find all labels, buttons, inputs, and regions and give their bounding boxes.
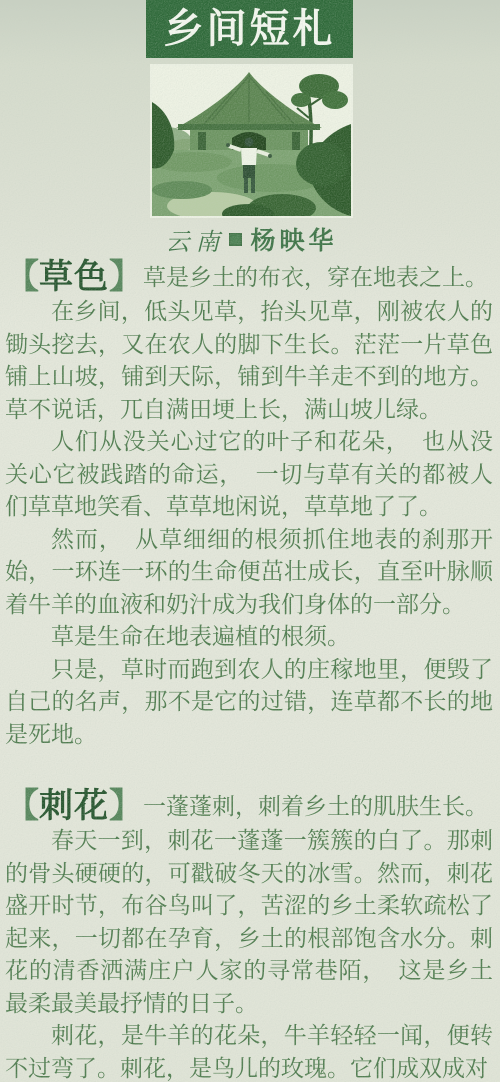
paragraph: 草是生命在地表遍植的根须。 <box>5 621 493 654</box>
paragraph: 只是，草时而跑到农人的庄稼地里，便毁了自己的名声，那不是它的过错，连草都不长的地… <box>5 654 493 752</box>
masthead-title: 乡间短札 <box>164 9 336 49</box>
section-heading: 刺花 <box>39 786 109 826</box>
section-heading: 草色 <box>39 257 109 297</box>
paragraph: 春天一到，刺花一蓬蓬一簇簇的白了。那刺的骨头硬硬的，可戳破冬天的冰雪。然而，刺花… <box>5 825 493 1020</box>
byline-region: 云南 <box>165 222 225 257</box>
section-lead-line: 【草色】草是乡土的布衣，穿在地表之上。 <box>5 258 493 296</box>
heading-bracket-open: 【 <box>5 786 39 826</box>
scanned-magazine-page: 乡间短札 <box>0 0 500 1082</box>
section-lead-text: 一蓬蓬刺，刺着乡土的肌肤生长。 <box>143 794 488 819</box>
paragraph: 然而， 从草细细的根须抓住地表的刹那开始，一环连一环的生命便茁壮成长，直至叶脉顺… <box>5 524 493 622</box>
article-photo <box>150 64 353 218</box>
paragraph: 刺花，是牛羊的花朵，牛羊轻轻一闻，便转不过弯了。刺花，是鸟儿的玫瑰。它们成双成对 <box>5 1020 493 1082</box>
square-icon <box>229 233 242 246</box>
paragraph: 在乡间，低头见草，抬头见草，刚被农人的锄头挖去，又在农人的脚下生长。茫茫一片草色… <box>5 296 493 426</box>
heading-bracket-open: 【 <box>5 257 39 297</box>
paragraph: 人们从没关心过它的叶子和花朵， 也从没关心它被践踏的命运， 一切与草有关的都被人… <box>5 426 493 524</box>
heading-bracket-close: 】 <box>109 257 143 297</box>
section-thorn-flower: 【刺花】一蓬蓬刺，刺着乡土的肌肤生长。 春天一到，刺花一蓬蓬一簇簇的白了。那刺的… <box>5 787 493 1082</box>
heading-bracket-close: 】 <box>109 786 143 826</box>
byline: 云南 杨映华 <box>130 224 373 254</box>
section-lead-text: 草是乡土的布衣，穿在地表之上。 <box>143 265 488 290</box>
section-lead-line: 【刺花】一蓬蓬刺，刺着乡土的肌肤生长。 <box>5 787 493 825</box>
byline-author: 杨映华 <box>250 221 337 257</box>
masthead-banner: 乡间短札 <box>146 0 353 58</box>
article-body: 【草色】草是乡土的布衣，穿在地表之上。 在乡间，低头见草，抬头见草，刚被农人的锄… <box>5 258 493 1082</box>
section-grass-color: 【草色】草是乡土的布衣，穿在地表之上。 在乡间，低头见草，抬头见草，刚被农人的锄… <box>5 258 493 751</box>
photo-illustration <box>152 66 351 216</box>
